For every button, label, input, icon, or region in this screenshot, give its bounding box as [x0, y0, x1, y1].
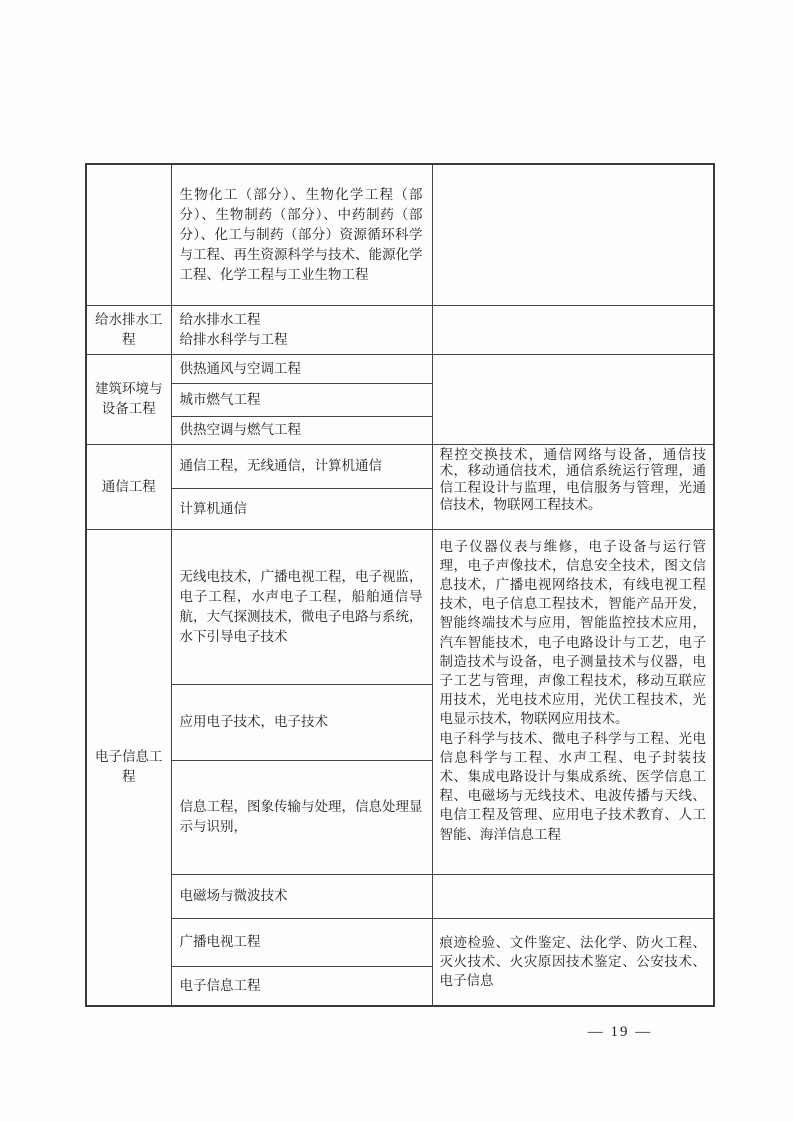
- electronic-qualifications-paragraph-2: 电子科学与技术、微电子科学与工程、光电信息科学与工程、水声工程、电子封装技术、集…: [440, 729, 707, 844]
- cell-electronic-info-major-f: 电子信息工程: [171, 966, 432, 1006]
- communication-qualifications-text: 程控交换技术，通信网络与设备，通信技术，移动通信技术，通信系统运行管理，通信工程…: [440, 447, 707, 514]
- cell-chemical-right-empty: [432, 164, 714, 305]
- cell-electronic-info-qualifications: 电子仪器仪表与维修，电子设备与运行管理，电子声像技术，信息安全技术，图文信息技术…: [432, 529, 714, 874]
- professional-majors-table: 生物化工（部分）、生物化学工程（部分）、生物制药（部分）、中药制药（部分）、化工…: [85, 163, 715, 1007]
- cell-electronic-info-major-a: 无线电技术，广播电视工程，电子视监，电子工程，水声电子工程，船舶通信导航，大气探…: [171, 529, 432, 684]
- row-electronic-info-1: 电子信息工程 无线电技术，广播电视工程，电子视监，电子工程，水声电子工程，船舶通…: [86, 529, 714, 684]
- cell-chemical-majors: 生物化工（部分）、生物化学工程（部分）、生物制药（部分）、中药制药（部分）、化工…: [171, 164, 432, 305]
- cell-communication-category: 通信工程: [86, 444, 171, 529]
- cell-electronic-info-major-c: 信息工程，图象传输与处理，信息处理显示与识别，: [171, 760, 432, 874]
- cell-communication-major-b: 计算机通信: [171, 488, 432, 529]
- cell-forensic-qualifications: 痕迹检验、文件鉴定、法化学、防火工程、灭火技术、火灾原因技术鉴定、公安技术、电子…: [432, 918, 714, 1006]
- cell-building-env-right-empty: [432, 354, 714, 444]
- row-water-supply: 给水排水工程 给水排水工程 给排水科学与工程: [86, 305, 714, 354]
- forensic-qualifications-text: 痕迹检验、文件鉴定、法化学、防火工程、灭火技术、火灾原因技术鉴定、公安技术、电子…: [440, 933, 707, 991]
- page-number: — 19 —: [540, 1024, 700, 1041]
- electronic-qualifications-paragraph-1: 电子仪器仪表与维修，电子设备与运行管理，电子声像技术，信息安全技术，图文信息技术…: [440, 537, 707, 729]
- water-supply-major-line2: 给排水科学与工程: [180, 330, 423, 350]
- row-chemical-continuation: 生物化工（部分）、生物化学工程（部分）、生物制药（部分）、中药制药（部分）、化工…: [86, 164, 714, 305]
- cell-electronic-info-category: 电子信息工程: [86, 529, 171, 1006]
- cell-building-env-major-b: 城市燃气工程: [171, 383, 432, 416]
- water-supply-major-line1: 给水排水工程: [180, 310, 423, 330]
- cell-electronic-info-major-e: 广播电视工程: [171, 918, 432, 966]
- cell-electronic-info-major-b: 应用电子技术，电子技术: [171, 684, 432, 760]
- row-electronic-info-4: 电磁场与微波技术: [86, 874, 714, 918]
- cell-building-env-category: 建筑环境与设备工程: [86, 354, 171, 444]
- cell-communication-major-a: 通信工程，无线通信，计算机通信: [171, 444, 432, 488]
- cell-communication-qualifications: 程控交换技术，通信网络与设备，通信技术，移动通信技术，通信系统运行管理，通信工程…: [432, 444, 714, 529]
- cell-chemical-category-empty: [86, 164, 171, 305]
- cell-electronic-info-major-d: 电磁场与微波技术: [171, 874, 432, 918]
- cell-water-supply-category: 给水排水工程: [86, 305, 171, 354]
- row-electronic-info-5: 广播电视工程 痕迹检验、文件鉴定、法化学、防火工程、灭火技术、火灾原因技术鉴定、…: [86, 918, 714, 966]
- row-communication-1: 通信工程 通信工程，无线通信，计算机通信 程控交换技术，通信网络与设备，通信技术…: [86, 444, 714, 488]
- cell-building-env-major-c: 供热空调与燃气工程: [171, 416, 432, 444]
- cell-water-supply-right-empty: [432, 305, 714, 354]
- row-building-env-1: 建筑环境与设备工程 供热通风与空调工程: [86, 354, 714, 383]
- cell-water-supply-majors: 给水排水工程 给排水科学与工程: [171, 305, 432, 354]
- cell-electronic-info-right-empty: [432, 874, 714, 918]
- document-page: 生物化工（部分）、生物化学工程（部分）、生物制药（部分）、中药制药（部分）、化工…: [0, 0, 793, 1121]
- cell-building-env-major-a: 供热通风与空调工程: [171, 354, 432, 383]
